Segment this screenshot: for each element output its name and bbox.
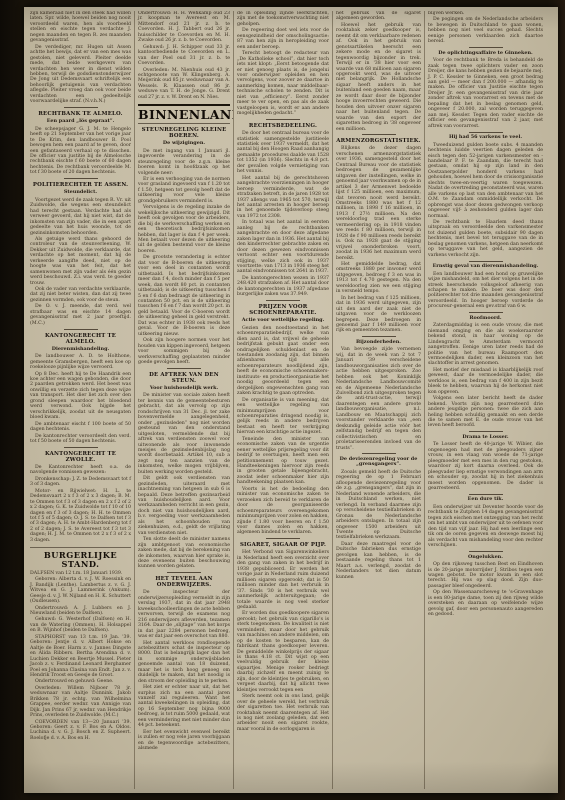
article-paragraph: De rechtbank te Haarlem deed thans uitsp… [428, 220, 543, 258]
article-paragraph: Tweeduizend gulden boete subs. 4 maanden… [428, 143, 543, 219]
article-paragraph: De landbouwer A. D. te Holthone, gemeent… [30, 354, 131, 370]
story-divider-rule [64, 447, 98, 448]
article-paragraph: Ondertrouwd en gehuwd: Geene. [30, 679, 131, 684]
story-divider-rule [362, 453, 396, 454]
story-divider-rule [266, 119, 300, 120]
article-paragraph: Zaterdagmiddag is een oude vrouw, die me… [428, 323, 543, 367]
column-2: Ondertrouwd: H. H. Wehkamp oud 23 jr. ko… [134, 11, 233, 789]
story-divider-rule [469, 261, 503, 262]
article-paragraph: het gebruik van de sigaret algemeen gewo… [336, 11, 421, 22]
article-paragraph: Ondertrouwd: H. H. Wehkamp oud 23 jr. ko… [138, 11, 230, 44]
article-paragraph: Overleden: Willem Nijboer 78 jr. weduwna… [30, 686, 131, 719]
article-paragraph: Op 8 Dec. heeft hij te De Haandrik een k… [30, 372, 131, 421]
story-divider-rule [167, 368, 201, 369]
story-divider-rule [167, 572, 201, 573]
article-paragraph: De grootste verandering is echter dat vo… [138, 255, 230, 337]
article-paragraph: STAPHORST van 13 t.m. 19 Jan. '39. Gebor… [30, 635, 131, 679]
article-paragraph: blijven werken. [428, 11, 543, 16]
article-paragraph: Motor- en Rijwielwet: H. L. te Dedemsvaa… [30, 489, 131, 544]
article-paragraph: Ten slotte deelt de minister namens zijn… [138, 537, 230, 570]
article-paragraph: Het Verbond van Sigarenwinkeliers in Ned… [237, 550, 329, 610]
article-subheading: De wijzigingen. [138, 141, 230, 147]
article-paragraph: Van bevoegde zijde vernemen wij, dat in … [336, 347, 421, 451]
section-heading: PRIJZEN VOOR SCHOENREPARATIE. [237, 304, 329, 316]
article-paragraph: Ook zijn hoogere normen voor het houden … [138, 338, 230, 365]
binnenland-section-title: BINNENLAND. [138, 104, 230, 124]
article-paragraph: Dronkenschap: J. Z. te Dedemsvaart tot f… [30, 477, 131, 488]
article-paragraph: Blijkens de dezer dagen verschenen armen… [336, 146, 421, 261]
article-paragraph: In het bedrag van f 125 millioen, dat in… [336, 296, 421, 334]
article-paragraph: Er is een verhooging van de normen voor … [138, 177, 230, 204]
article-paragraph: de in opleiding zijnde leerkrachten, zij… [237, 11, 329, 27]
article-paragraph: Hoewel het gebruik van rooktabak zeker g… [336, 23, 421, 132]
article-paragraph: Het motief der misdaad is klaarblijkelij… [428, 368, 543, 395]
section-heading: HET TEVEEL AAN ONDERWIJZERS. [138, 576, 230, 588]
story-divider-rule [469, 132, 503, 133]
section-heading: POLITIERECHTER TE ASSEN. [30, 182, 131, 188]
article-paragraph: De pogingen om de Nederlandsche arbeider… [428, 17, 543, 44]
article-paragraph: Te Losser heeft de 40-jarige W. Wibier, … [428, 442, 543, 491]
article-paragraph: zijn kameraad niet in den steek had will… [30, 11, 131, 44]
article-paragraph: De Kantonrechter heeft o.a. de navolgend… [30, 465, 131, 476]
article-paragraph: Een landbouwer had een hond op gruwelijk… [428, 272, 543, 310]
newspaper-page: zijn kameraad niet in den steek had will… [24, 7, 558, 793]
article-paragraph: Ook de vader van verdachte verklaarde, d… [30, 287, 131, 303]
article-paragraph: Eer het evenwicht evenwel bereikt is zul… [138, 730, 230, 752]
article-paragraph: Het aantal werkloos rondloopende actebez… [138, 641, 230, 685]
article-subheading: Ernstig geval van dierenmishandeling. [428, 264, 543, 270]
article-paragraph: De ambtenaar eischt f 100 boete of 50 da… [30, 422, 131, 433]
story-divider-rule [64, 329, 98, 330]
section-heading: STEUNREGELING KLEINE BOEREN. [138, 127, 230, 139]
article-paragraph: Gezien den noodtoestand in het schoenrep… [237, 326, 329, 397]
article-paragraph: Overleden: M. Nienhuis oud 43 jr. echtge… [138, 68, 230, 101]
article-subheading: De deviezenregeling voor de „grensganger… [336, 457, 421, 468]
article-paragraph: Op den Wassenaarscheweg te 's-Gravenhage… [428, 590, 543, 617]
article-paragraph: DALFSEN van 12 t.m. 18 Januari 1939. [30, 571, 131, 576]
story-divider-rule [469, 312, 503, 313]
story-divider-rule [266, 538, 300, 539]
article-paragraph: De inspecteur der onderwijzersopleiding … [138, 590, 230, 639]
article-paragraph: Een onderwijzer uit Deventer hoorde voor… [428, 505, 543, 549]
article-paragraph: COEVORDEN van 13—20 Januari '39. Geboren… [30, 720, 131, 742]
story-divider-rule [469, 494, 503, 495]
article-subheading: Een dure tik. [428, 497, 543, 503]
article-paragraph: Terecht betoogt de redacteur van „De Kat… [237, 51, 329, 116]
article-paragraph: De kantongerechten wezen in 1937 248.420… [237, 276, 329, 298]
story-divider-rule [469, 551, 503, 552]
column-4: het gebruik van de sigaret algemeen gewo… [332, 11, 424, 789]
article-paragraph: Als getuige werd thans gehoord de contro… [30, 237, 131, 286]
article-paragraph: Vervolgens is de regeling inzake de weke… [138, 205, 230, 254]
article-subheading: Roofmoord. [428, 316, 543, 322]
section-heading: RECHTSBEDEELING. [237, 123, 329, 129]
column-3: de in opleiding zijnde leerkrachten, zij… [233, 11, 332, 789]
article-paragraph: Voor de rechtbank te Breda is behandeld … [428, 58, 543, 129]
section-heading: RECHTBANK TE ALMELO. [30, 111, 131, 117]
story-divider-rule [64, 107, 98, 108]
article-paragraph: Geboren: Alberta d. v. J. W. Roessink en… [30, 577, 131, 604]
article-paragraph: Het aantal bij de gerechtshoven aangebra… [237, 176, 329, 220]
article-paragraph: Sterk neemt ook in ons land, gelijk over… [237, 694, 329, 732]
column-1: zijn kameraad niet in den steek had will… [27, 11, 134, 789]
article-paragraph: De organisatie is van meening, dat een w… [237, 398, 329, 436]
article-paragraph: De kantonrechter veroordeelt den verd. t… [30, 434, 131, 445]
article-paragraph: Het ziet er echter naar uit, dat het sur… [138, 685, 230, 729]
article-paragraph: In totaal was het aantal in eersten aanl… [237, 220, 329, 275]
story-divider-rule [469, 47, 503, 48]
article-paragraph: Zooals gemeld heeft de Duitsche regeerin… [336, 470, 421, 541]
article-paragraph: Voortgezet werd de zaak tegen R. Vr. uit… [30, 198, 131, 236]
article-paragraph: Gehuwd: J. H. Schipper oud 33 jr. kantoo… [138, 45, 230, 67]
story-divider-rule [266, 300, 300, 301]
article-subheading: Ongelukken. [428, 555, 543, 561]
article-subheading: Bijzonderheden. [336, 340, 421, 346]
article-subheading: De oplichtingsaffaire te Ginneken. [428, 51, 543, 57]
article-paragraph: De verdediger, mr. Hugen uit Assen achtt… [30, 45, 131, 105]
section-heading: ARMENZORGSTATISTIEK. [336, 138, 421, 144]
section-heading: SIGARET, SIGAAR OF PIJP. [237, 542, 329, 548]
story-divider-rule [362, 336, 396, 337]
story-divider-rule [362, 134, 396, 135]
article-subheading: Drama te Losser. [428, 435, 543, 441]
article-paragraph: Volgens een later bericht heeft de dader… [428, 396, 543, 429]
article-paragraph: De door het centraal bureau voor de stat… [237, 131, 329, 175]
article-paragraph: Er worden dus goedkoopere sigaren gerook… [237, 611, 329, 693]
section-heading: KANTONGERECHT TE ZWOLLE. [30, 451, 131, 463]
article-paragraph: Gehuwd: G. Westerhof (Dalfsen) en H. van… [30, 617, 131, 633]
article-paragraph: Daar deze maatregel voor de Duitsche fab… [336, 542, 421, 580]
article-paragraph: De regeering doet wel iets voor de eensg… [237, 28, 329, 50]
article-paragraph: De minister van sociale zaken heeft ter … [138, 393, 230, 475]
article-subheading: Hij had 56 varkens te veel. [428, 135, 543, 141]
article-subheading: Een paard „lös gepraat”. [30, 119, 131, 125]
article-paragraph: Teneinde den minister van economische za… [237, 437, 329, 486]
article-paragraph: Dit geldt ook verdiensten van gezinslede… [138, 476, 230, 536]
article-subheading: Voor huishoudelijk werk. [138, 386, 230, 392]
article-paragraph: De met ingang van 1 Januari jl. ingevoer… [138, 149, 230, 176]
columns-container: zijn kameraad niet in den steek had will… [24, 7, 558, 793]
section-heading: KANTONGERECHT TE ALMELO. [30, 333, 131, 345]
article-paragraph: De O. v. J. meende, dat verd. wel strafb… [30, 304, 131, 326]
article-subheading: Steundelict. [30, 190, 131, 196]
section-heading: DE AFTREK VAN DEN STEUN. [138, 372, 230, 384]
story-divider-rule [469, 431, 503, 432]
article-subheading: Dierenmishandeling. [30, 347, 131, 353]
article-paragraph: De scheepsjager G. J. M. te Hengelo heef… [30, 127, 131, 176]
article-paragraph: Voorts is het de bedoeling den minister … [237, 487, 329, 536]
article-subheading: Actie voor wettelijke regeling. [237, 318, 329, 324]
article-paragraph: Het gemiddelde bedrag, dat omstreeks 188… [336, 262, 421, 295]
article-paragraph: Op den rijksweg tusschen Best en Eindhov… [428, 562, 543, 589]
scan-background: zijn kameraad niet in den steek had will… [0, 0, 565, 800]
article-paragraph: Ondertrouwd: A. J. Lubbers en J. Nieuwla… [30, 606, 131, 617]
story-divider-rule [64, 178, 98, 179]
column-5: blijven werken.De pogingen om de Nederla… [424, 11, 546, 789]
burgerlijke-stand-heading: BURGERLIJKE STAND. [30, 547, 131, 569]
